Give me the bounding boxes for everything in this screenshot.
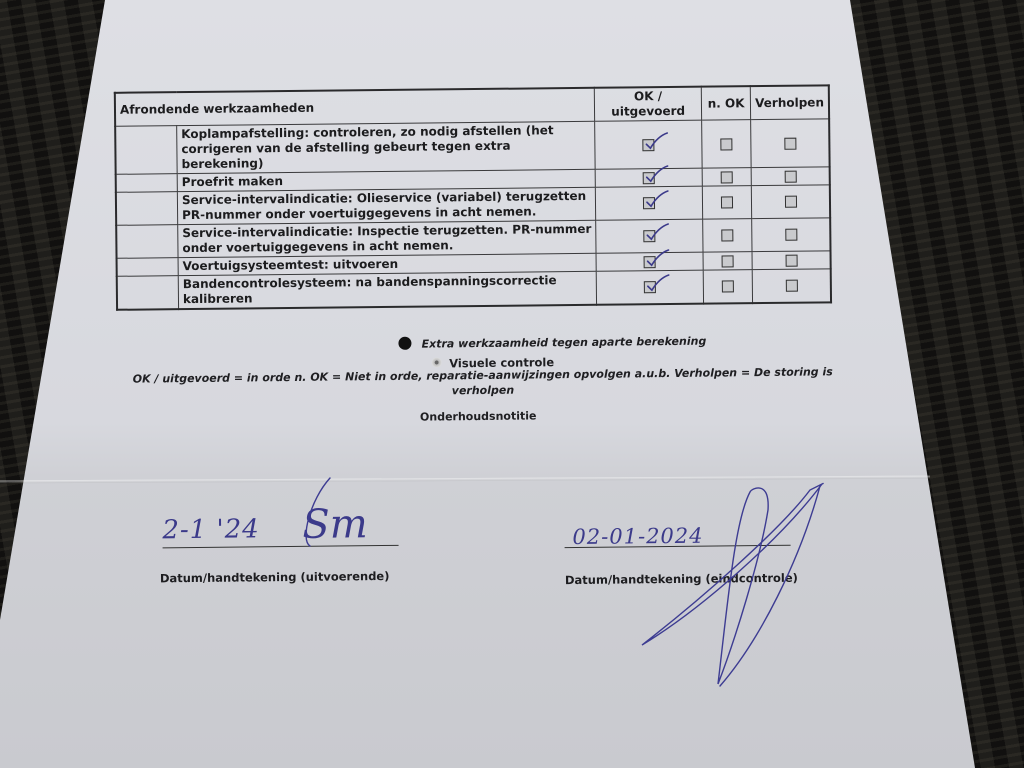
handwritten-signature-scribble <box>0 0 1024 768</box>
